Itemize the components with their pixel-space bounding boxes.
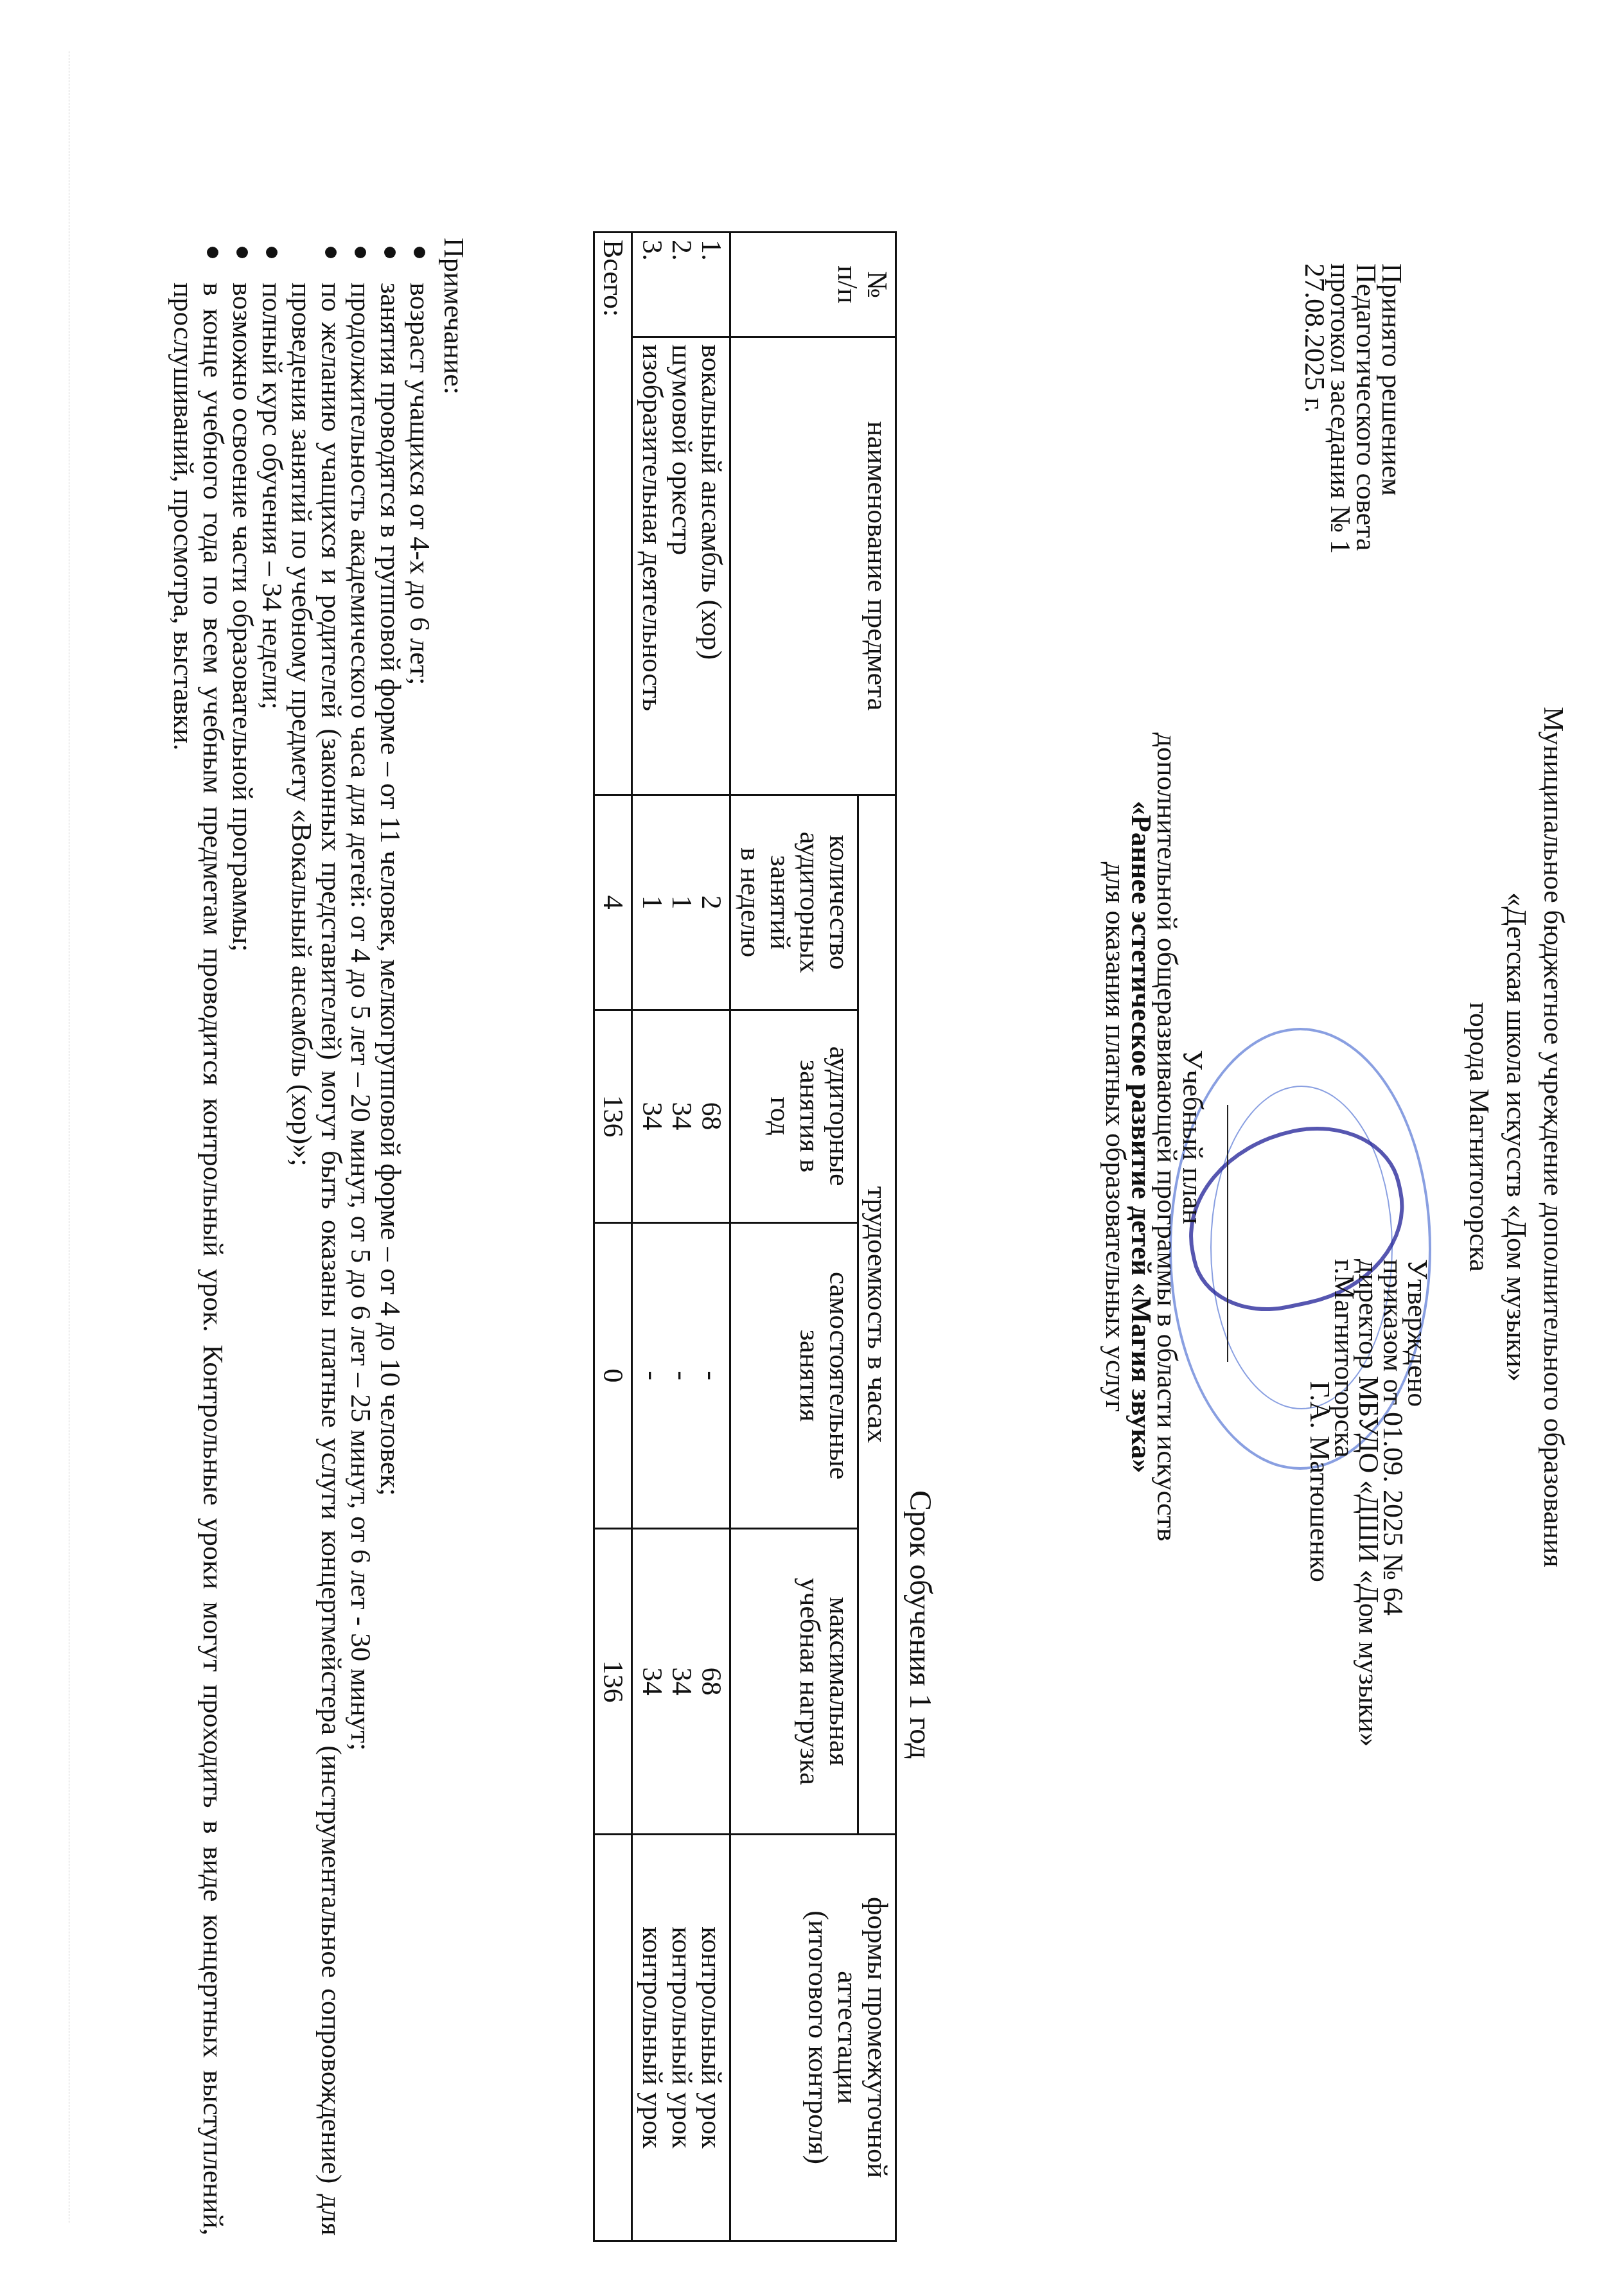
note-text: по желанию учащихся и родителей (законны… xyxy=(286,283,347,2235)
header-num-line: № xyxy=(861,240,891,330)
bullet-icon xyxy=(207,247,218,258)
accepted-line-1: Принято решением xyxy=(1380,263,1406,554)
institution-header: Муниципальное бюджетное учреждение допол… xyxy=(1456,450,1567,1824)
accepted-block: Принято решением Педагогического совета … xyxy=(1303,263,1406,554)
header-weekly-line: в неделю xyxy=(735,802,764,1003)
header-max: максимальная учебная нагрузка xyxy=(730,1529,858,1834)
note-item: в конце учебного года по всем учебным пр… xyxy=(168,238,227,2235)
header-yearly: аудиторные занятия в год xyxy=(730,1010,858,1222)
approved-order: приказом от 01.09. 2025 № 64 xyxy=(1382,1259,1407,1747)
row-self: - xyxy=(666,1230,696,1522)
header-num: № п/п xyxy=(730,233,896,337)
row-num: 2. xyxy=(666,240,696,330)
rows-max-cell: 68 34 34 xyxy=(632,1529,730,1834)
total-yearly: 136 xyxy=(594,1010,632,1222)
rows-weekly-cell: 2 1 1 xyxy=(632,795,730,1010)
institution-line-2: «Детская школа искусств «Дом музыки» xyxy=(1493,450,1530,1824)
note-item: продолжительность академического часа дл… xyxy=(346,238,375,2235)
row-form: контрольный урок xyxy=(696,1842,725,2234)
row-weekly: 2 xyxy=(696,802,725,1003)
study-term: Срок обучения 1 год xyxy=(905,1490,935,1759)
row-max: 34 xyxy=(637,1536,666,1826)
total-max: 136 xyxy=(594,1529,632,1834)
rows-yearly-cell: 68 34 34 xyxy=(632,1010,730,1222)
institution-line-3: города Магнитогорска xyxy=(1456,450,1493,1824)
total-label: Всего: xyxy=(594,233,632,795)
row-yearly: 34 xyxy=(666,1018,696,1215)
signature-line xyxy=(1227,1105,1228,1362)
header-weekly-line: количество xyxy=(824,802,853,1003)
note-item: полный курс обучения – 34 недели; xyxy=(257,238,287,2235)
notes-title: Примечание: xyxy=(434,238,468,2235)
note-item: возраст учащихся от 4-х до 6 лет; xyxy=(405,238,434,2235)
rows-form-cell: контрольный урок контрольный урок контро… xyxy=(632,1834,730,2241)
scan-edge-line xyxy=(69,51,69,2223)
header-forms: формы промежуточной аттестации (итоговог… xyxy=(730,1834,896,2241)
row-num: 1. xyxy=(696,240,725,330)
rows-self-cell: - - - xyxy=(632,1222,730,1529)
accepted-line-2: Педагогического совета xyxy=(1354,263,1380,554)
header-self-line: занятия xyxy=(794,1230,824,1522)
note-item: занятия проводятся в групповой форме – о… xyxy=(375,238,405,2235)
header-self: самостоятельные занятия xyxy=(730,1222,858,1529)
approved-block: Утверждено приказом от 01.09. 2025 № 64 … xyxy=(1309,1259,1431,1747)
row-subject-name: изобразительная деятельность xyxy=(637,344,666,788)
bullet-icon xyxy=(384,247,396,258)
header-name: наименование предмета xyxy=(730,337,896,795)
header-yearly-line: занятия в xyxy=(794,1018,824,1215)
program-name: «Раннее эстетическое развитие детей «Маг… xyxy=(1129,450,1155,1824)
row-subject-name: вокальный ансамбль (хор) xyxy=(696,344,725,788)
approved-line-1: Утверждено xyxy=(1407,1259,1431,1747)
note-text: возможно освоение части образовательной … xyxy=(227,283,258,952)
row-form: контрольный урок xyxy=(666,1842,696,2234)
note-text: занятия проводятся в групповой форме – о… xyxy=(375,283,406,1496)
note-text: продолжительность академического часа дл… xyxy=(345,283,376,1751)
plan-subtitle: дополнительной общеразвивающей программы… xyxy=(1155,450,1181,1824)
header-weekly-line: занятий xyxy=(764,802,794,1003)
note-item: по желанию учащихся и родителей (законны… xyxy=(287,238,346,2235)
header-yearly-line: аудиторные xyxy=(824,1018,853,1215)
header-forms-line: аттестации xyxy=(832,1842,861,2234)
row-subject-name: шумовой оркестр xyxy=(666,344,696,788)
notes-list: возраст учащихся от 4-х до 6 лет; заняти… xyxy=(168,238,434,2235)
note-item: возможно освоение части образовательной … xyxy=(227,238,257,2235)
row-yearly: 68 xyxy=(696,1018,725,1215)
table-total-row: Всего: 4 136 0 136 xyxy=(594,233,632,2241)
row-num: 3. xyxy=(637,240,666,330)
header-max-line: максимальная xyxy=(824,1536,853,1826)
plan-title-block: Учебный план дополнительной общеразвиваю… xyxy=(1104,450,1206,1824)
row-form: контрольный урок xyxy=(637,1842,666,2234)
header-max-line: учебная нагрузка xyxy=(794,1536,824,1826)
table-row-group: 1. 2. 3. вокальный ансамбль (хор) шумово… xyxy=(632,233,730,2241)
total-form xyxy=(594,1834,632,2241)
row-max: 34 xyxy=(666,1536,696,1826)
row-weekly: 1 xyxy=(637,802,666,1003)
institution-line-1: Муниципальное бюджетное учреждение допол… xyxy=(1530,450,1567,1824)
bullet-icon xyxy=(355,247,366,258)
note-text: возраст учащихся от 4-х до 6 лет; xyxy=(404,283,436,685)
curriculum-table: № п/п наименование предмета трудоемкость… xyxy=(593,231,897,2242)
row-self: - xyxy=(696,1230,725,1522)
bullet-icon xyxy=(236,247,248,258)
total-weekly: 4 xyxy=(594,795,632,1010)
total-self: 0 xyxy=(594,1222,632,1529)
row-self: - xyxy=(637,1230,666,1522)
header-weekly: количество аудиторных занятий в неделю xyxy=(730,795,858,1010)
notes-section: Примечание: возраст учащихся от 4-х до 6… xyxy=(168,238,468,2235)
approved-director: директор МБУДО «ДШИ «Дом музыки» xyxy=(1358,1259,1382,1747)
accepted-line-3: протокол заседания № 1 xyxy=(1328,263,1354,554)
rows-num-cell: 1. 2. 3. xyxy=(632,233,730,337)
header-weekly-line: аудиторных xyxy=(794,802,824,1003)
plan-subtitle-2: для оказания платных образовательных усл… xyxy=(1104,450,1129,1824)
document-page: Муниципальное бюджетное учреждение допол… xyxy=(0,0,1624,2274)
row-max: 68 xyxy=(696,1536,725,1826)
header-forms-line: (итогового контроля) xyxy=(802,1842,832,2234)
bullet-icon xyxy=(325,247,337,258)
bullet-icon xyxy=(266,247,278,258)
bullet-icon xyxy=(414,247,425,258)
header-self-line: самостоятельные xyxy=(824,1230,853,1522)
note-text: в конце учебного года по всем учебным пр… xyxy=(168,283,229,2235)
header-yearly-line: год xyxy=(764,1018,794,1215)
row-yearly: 34 xyxy=(637,1018,666,1215)
row-weekly: 1 xyxy=(666,802,696,1003)
header-num-line: п/п xyxy=(832,240,861,330)
header-hours-group: трудоемкость в часах xyxy=(858,795,896,1835)
header-forms-line: формы промежуточной xyxy=(861,1842,891,2234)
plan-title: Учебный план xyxy=(1181,450,1206,1824)
note-text: полный курс обучения – 34 недели; xyxy=(256,283,288,710)
rows-name-cell: вокальный ансамбль (хор) шумовой оркестр… xyxy=(632,337,730,795)
